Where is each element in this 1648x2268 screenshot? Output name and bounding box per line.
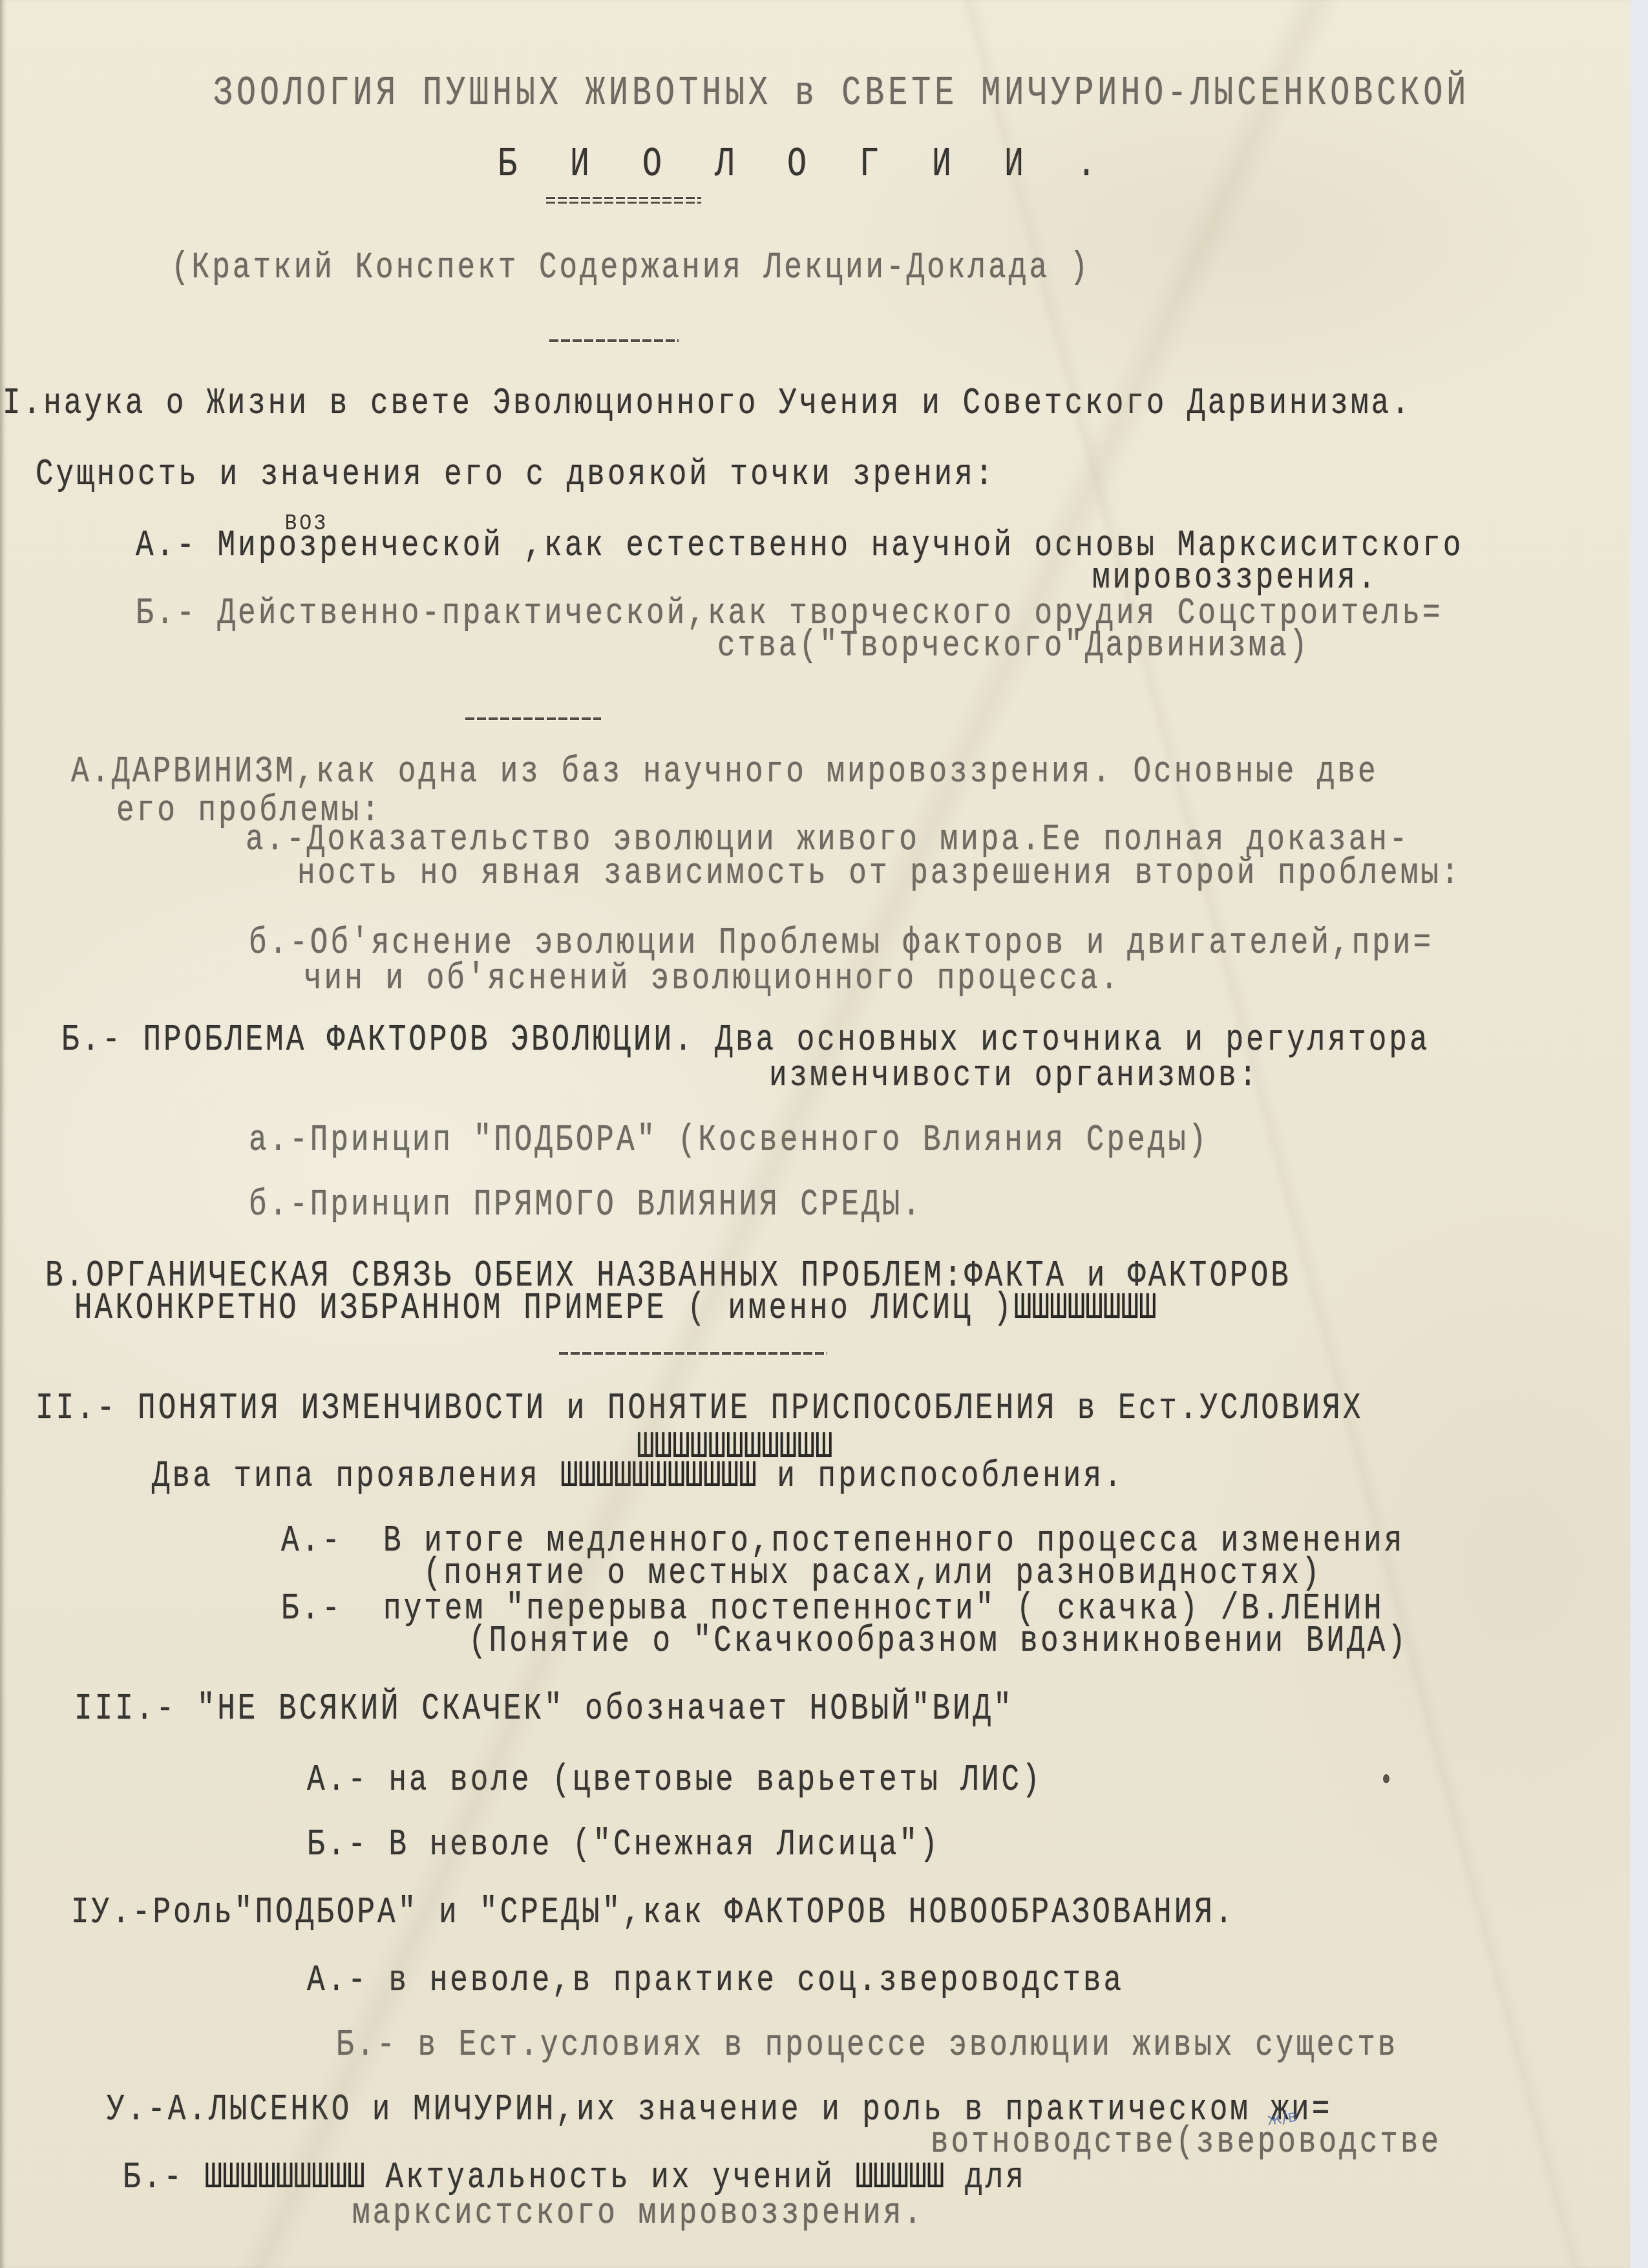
section-IV-heading: IУ.-Роль"ПОДБОРА" и "СРЕДЫ",как ФАКТОРОВ… (71, 1894, 1235, 1931)
struck-out-text: ШШШШШШШШШШШ (560, 1455, 757, 1497)
section-V-B-line1: Б.- ШШШШШШШШШ Актуальность их учений ШШШ… (123, 2159, 1026, 2196)
struck-out-text: ШШШШШШШШШ (204, 2156, 364, 2198)
section-II-types: Два типа проявления ШШШШШШШШШШШ и приспо… (152, 1457, 1125, 1495)
section-V-B-prefix: Б.- (123, 2156, 204, 2198)
document-subtitle: (Краткий Конспект Содержания Лекции-Докл… (171, 249, 1090, 286)
darwinism-V-line2-text: НАКОНКРЕТНО ИЗБРАННОМ ПРИМЕРЕ ( именно Л… (74, 1287, 1014, 1329)
darwinism-Bb: б.-Принцип ПРЯМОГО ВЛИЯНИЯ СРЕДЫ. (249, 1186, 923, 1224)
section-I-A-line2: мировоззрения. (1092, 559, 1378, 597)
title-underline (546, 197, 701, 204)
darwinism-B-line2: изменчивости организмов: (769, 1057, 1260, 1094)
section-I-heading: I.наука о Жизни в свете Эволюционного Уч… (3, 385, 1412, 422)
divider-1 (549, 339, 679, 342)
section-III-heading: III.- "НЕ ВСЯКИЙ СКАЧЕК" обозначает НОВЫ… (74, 1690, 1014, 1728)
section-II-heading: II.- ПОНЯТИЯ ИЗМЕНЧИВОСТИ и ПОНЯТИЕ ПРИС… (36, 1390, 1363, 1427)
section-IV-A: А.- в неволе,в практике соц.звероводства (307, 1962, 1124, 1999)
section-II-types-suffix: и приспособления. (757, 1455, 1125, 1497)
typewritten-page: ЗООЛОГИЯ ПУШНЫХ ЖИВОТНЫХ в СВЕТЕ МИЧУРИН… (0, 0, 1630, 2268)
document-title-line2: Б И О Л О Г И И . (498, 145, 1113, 186)
divider-2 (465, 717, 601, 720)
section-II-B-line2: (Понятие о "Скачкообразном возникновении… (469, 1622, 1408, 1660)
section-I-intro: Сущность и значения его с двоякой точки … (36, 456, 995, 493)
section-V-A-line2: вотноводстве(звероводстве (931, 2123, 1441, 2161)
ink-spot (1383, 1774, 1389, 1783)
section-III-B: Б.- В неволе ("Снежная Лисица") (307, 1826, 940, 1863)
darwinism-Ba: а.-Принцип "ПОДБОРА" (Косвенного Влияния… (249, 1121, 1209, 1159)
divider-3 (559, 1352, 827, 1355)
darwinism-a-line2: ность но явная зависимость от разрешения… (297, 854, 1461, 892)
section-IV-B: Б.- в Ест.условиях в процессе эволюции ж… (336, 2026, 1398, 2064)
section-II-types-prefix: Два типа проявления (152, 1455, 560, 1497)
document-title-line1: ЗООЛОГИЯ ПУШНЫХ ЖИВОТНЫХ в СВЕТЕ МИЧУРИН… (213, 74, 1470, 115)
darwinism-B-line1: Б.- ПРОБЛЕМА ФАКТОРОВ ЭВОЛЮЦИИ. Два осно… (61, 1021, 1430, 1059)
section-I-B-line2: ства("Творческого"Дарвинизма) (717, 627, 1310, 664)
darwinism-b-line2: чин и об'яснений эволюционного процесса. (304, 960, 1121, 997)
section-V-B-suffix: для (944, 2156, 1026, 2198)
darwinism-A-line1: А.ДАРВИНИЗМ,как одна из баз научного мир… (71, 753, 1379, 790)
darwinism-V-line2: НАКОНКРЕТНО ИЗБРАННОМ ПРИМЕРЕ ( именно Л… (74, 1289, 1157, 1327)
section-III-A: А.- на воле (цветовые варьететы ЛИС) (307, 1761, 1042, 1799)
struck-out-text: ШШШШШШШШ (1014, 1287, 1157, 1329)
darwinism-b-line1: б.-Об'яснение эволюции Проблемы факторов… (249, 924, 1433, 962)
section-II-A-line2: (понятие о местных расах,или разновиднос… (423, 1554, 1322, 1592)
section-V-B-line2: марксистского мировоззрения. (352, 2194, 924, 2232)
